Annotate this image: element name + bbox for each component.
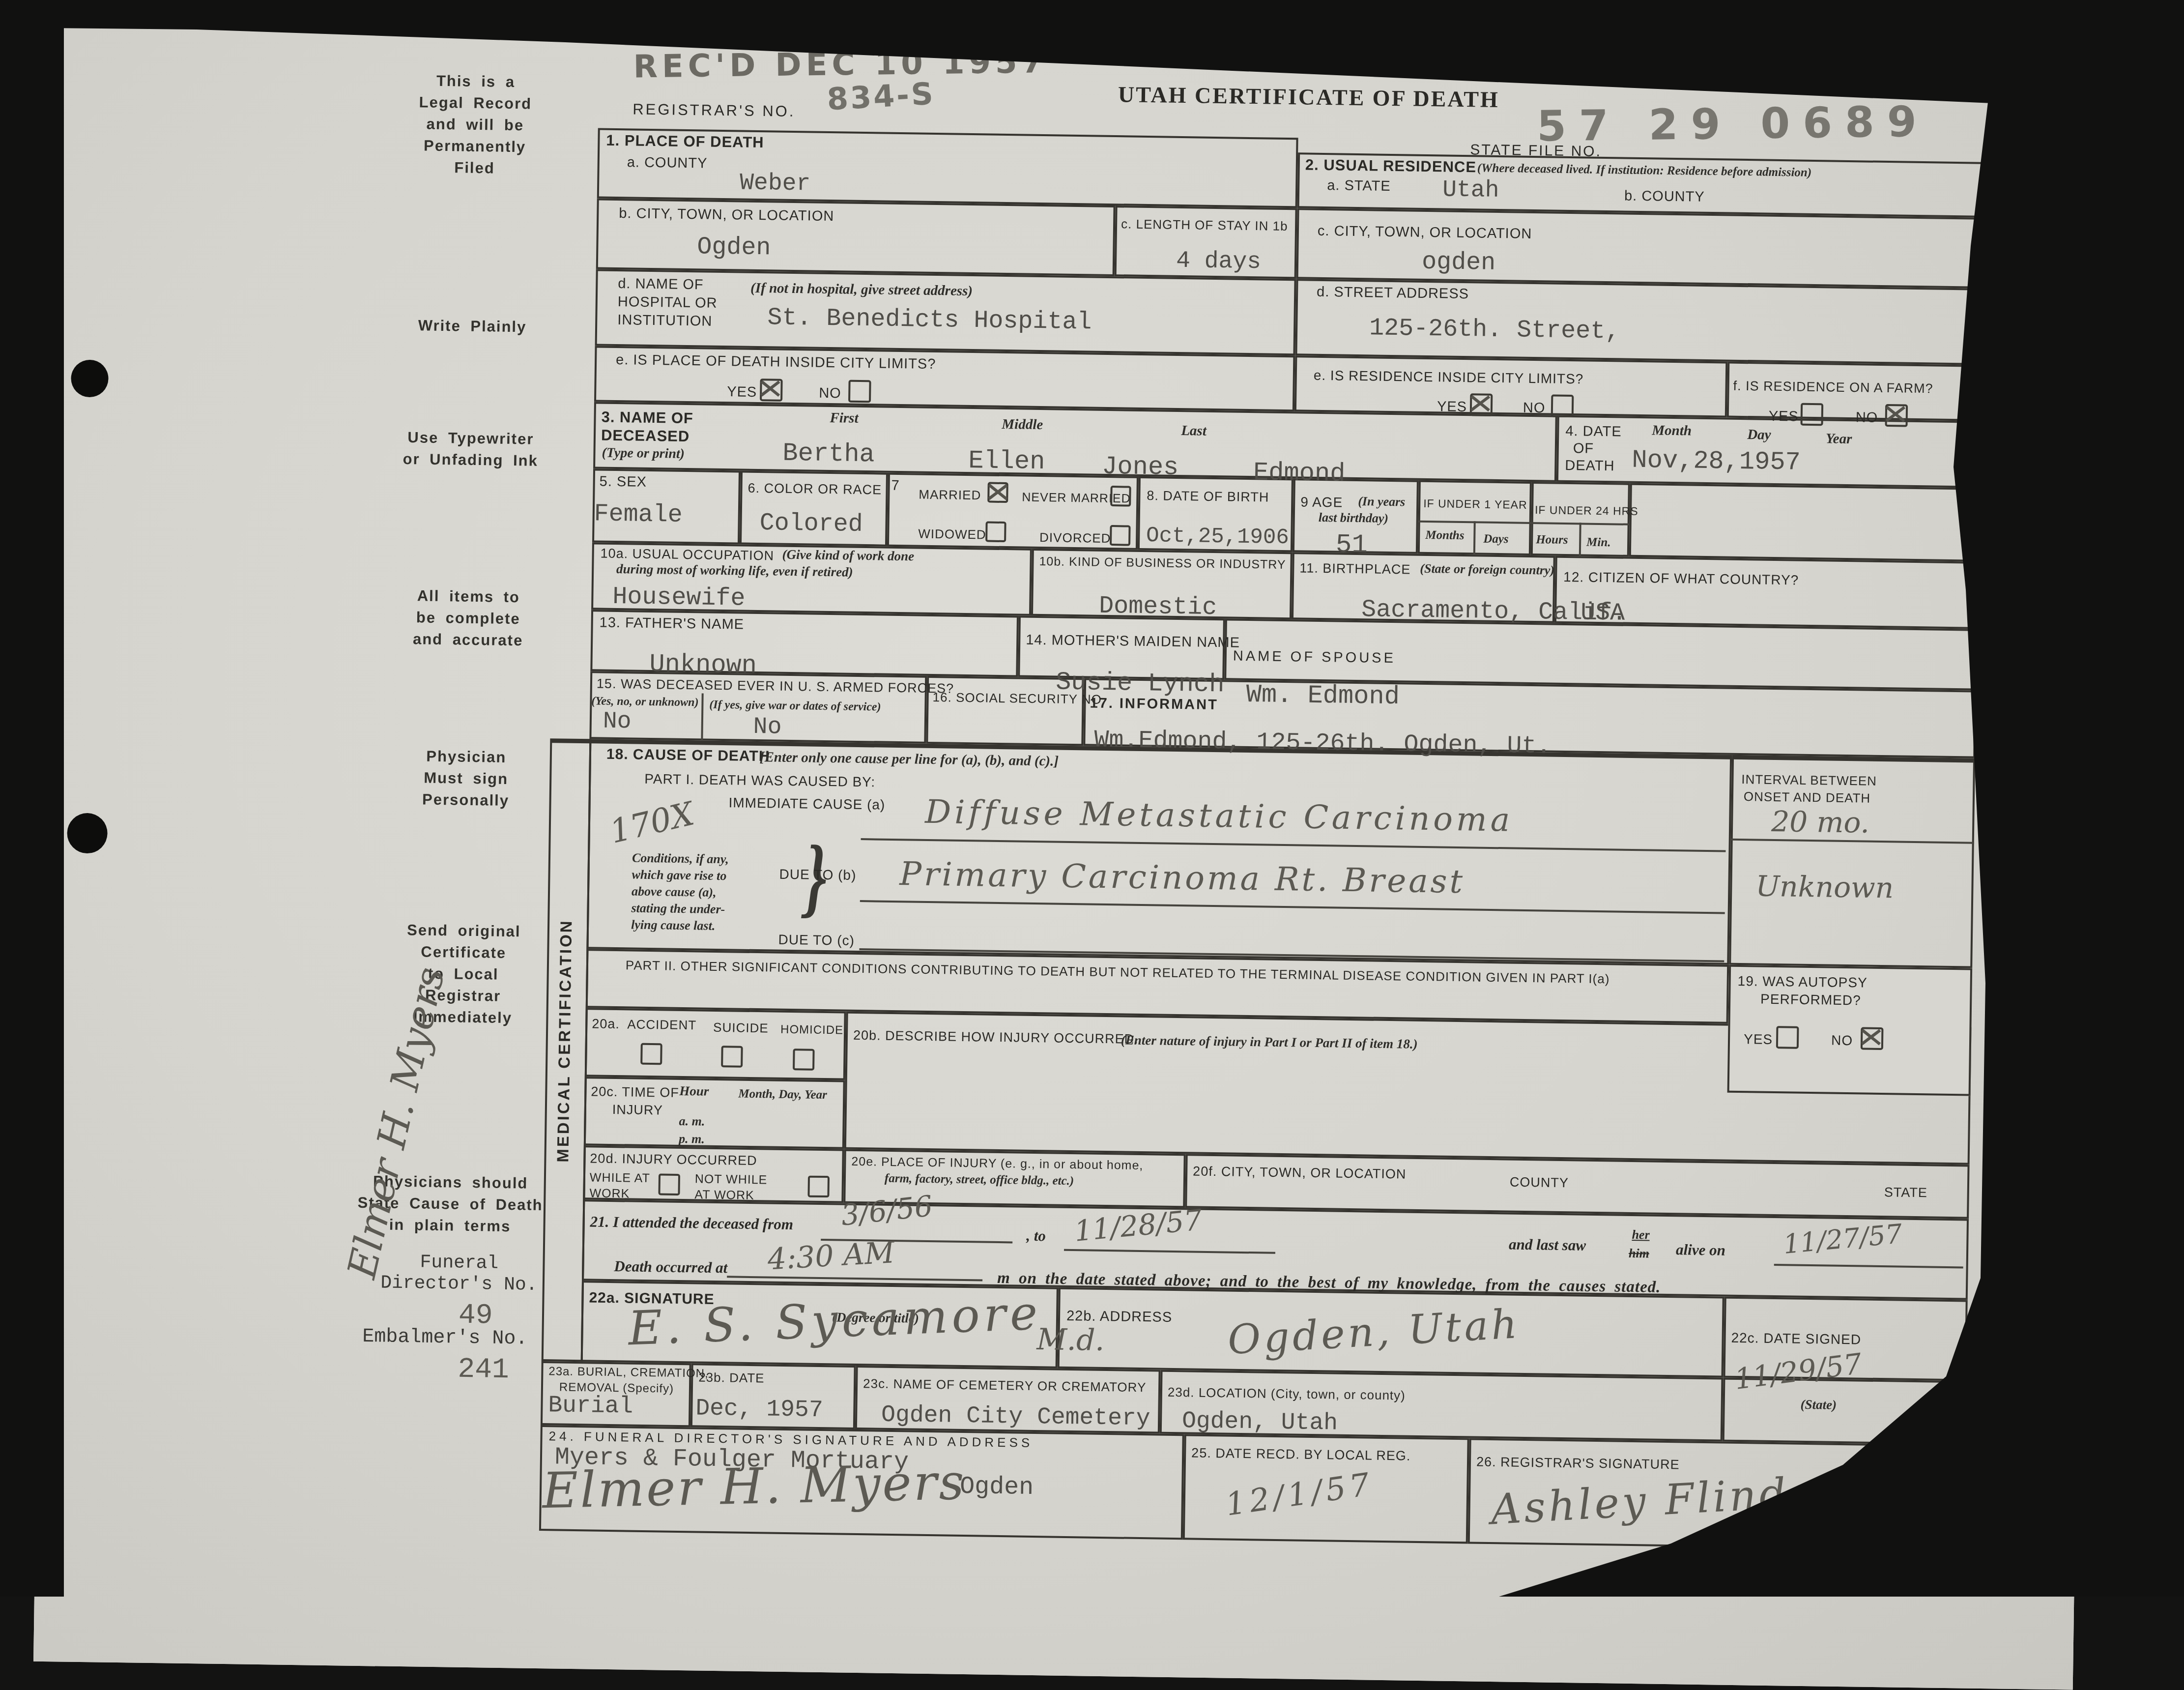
s5-value: Female — [594, 500, 683, 529]
margin-line: to Local — [367, 962, 559, 986]
s9-hours-label: Hours — [1536, 533, 1568, 547]
s1-d-note: (If not in hospital, give street address… — [750, 280, 973, 299]
margin-write-plainly: Write Plainly — [376, 314, 569, 338]
s3-title-2: DECEASED — [601, 427, 690, 446]
registrar-no-value: 834-S — [826, 75, 936, 117]
s24-funeral-director-signature: Elmer H. Myers — [542, 1453, 967, 1519]
s20-d-while-checkbox — [658, 1173, 680, 1195]
s20-d-while-1: WHILE AT — [590, 1170, 650, 1186]
s7-never-married-checkbox — [1110, 486, 1131, 507]
s1-c-label: c. LENGTH OF STAY IN 1b — [1121, 216, 1288, 234]
cell-2e — [1294, 355, 1728, 417]
s2-f-yes-checkbox — [1801, 403, 1824, 426]
s2-title: 2. USUAL RESIDENCE — [1305, 156, 1477, 176]
s20-suicide-label: SUICIDE — [713, 1020, 769, 1036]
margin-legal-record-note: This is a Legal Record and will be Perma… — [378, 69, 572, 180]
s20-county-label: COUNTY — [1510, 1175, 1569, 1191]
s15-note-1: (Yes, no, or unknown) — [591, 695, 698, 709]
margin-complete-note: All items to be complete and accurate — [372, 584, 565, 652]
s18-interval-a-value: 20 mo. — [1771, 805, 1870, 840]
s20-accident-checkbox — [640, 1043, 662, 1065]
hole-punch-top — [71, 359, 109, 397]
s2-f-no-label: NO — [1856, 409, 1878, 426]
s1-d-label-2: HOSPITAL OR — [618, 294, 718, 312]
spouse-value: Wm. Edmond — [1246, 680, 1400, 711]
certificate-title: UTAH CERTIFICATE OF DEATH — [1048, 80, 1569, 114]
s17-label: 17. INFORMANT — [1090, 695, 1218, 713]
s20-c-label-1: 20c. TIME OF — [591, 1084, 679, 1101]
margin-line: be complete — [373, 606, 565, 630]
s8-label: 8. DATE OF BIRTH — [1147, 488, 1269, 505]
margin-line: or Unfading Ink — [360, 448, 581, 472]
s18-due-c-label: DUE TO (c) — [778, 932, 855, 949]
margin-line: and will be — [379, 113, 572, 137]
margin-line: All items to — [373, 584, 565, 609]
margin-line: Registrar — [367, 984, 559, 1008]
s7-widowed-checkbox — [985, 521, 1006, 542]
s18-interval-b-value: Unknown — [1755, 869, 1894, 904]
s9-months-label: Months — [1425, 528, 1465, 543]
s6-label: 6. COLOR OR RACE — [747, 481, 882, 498]
s19-label-1: 19. WAS AUTOPSY — [1738, 973, 1868, 991]
medical-certification-label: MEDICAL CERTIFICATION — [553, 919, 575, 1163]
s2-e-yes-checkbox — [1470, 393, 1493, 416]
s23-b-value: Dec, 1957 — [695, 1395, 823, 1424]
s8-value: Oct,25,1906 — [1146, 524, 1289, 550]
s4-year-label: Year — [1826, 431, 1852, 447]
s20-c-am-label: a. m. — [679, 1114, 705, 1129]
s3-given3-value: Jones — [1102, 452, 1179, 482]
s11-note: (State or foreign country) — [1420, 561, 1554, 578]
s18-part1-label: PART I. DEATH WAS CAUSED BY: — [644, 771, 875, 790]
s2-d-value: 125-26th. Street, — [1369, 314, 1620, 346]
s2-e-yes-label: YES — [1437, 399, 1467, 415]
s10-b-value: Domestic — [1099, 592, 1217, 622]
s3-title-1: 3. NAME OF — [601, 408, 693, 428]
s21-last-saw-text: and last saw — [1509, 1236, 1586, 1254]
scanned-death-certificate: REC'D DEC 10 1957 REGISTRAR'S NO. 834-S … — [0, 0, 2184, 1597]
s4-value: Nov,28,1957 — [1632, 446, 1801, 477]
s20-c-pm-label: p. m. — [679, 1132, 705, 1147]
s15-note-2: (If yes, give war or dates of service) — [709, 699, 881, 714]
s3-middle-label: Middle — [1002, 416, 1043, 433]
s7-married-label: MARRIED — [919, 487, 981, 503]
s3-given2-value: Ellen — [968, 446, 1045, 476]
s23-d-value: Ogden, Utah — [1182, 1408, 1338, 1436]
margin-line: Director's No. — [353, 1272, 565, 1296]
s3-last-value: Edmond — [1253, 458, 1346, 489]
s4-label-1: 4. DATE — [1565, 423, 1622, 440]
cell-name — [593, 402, 1557, 482]
s21-him-text: him — [1629, 1246, 1649, 1261]
s1-a-label: a. COUNTY — [627, 154, 708, 172]
s19-no-checkbox — [1861, 1027, 1884, 1050]
s3-first-label: First — [830, 410, 858, 427]
s18-cond-line: stating the under- — [631, 900, 828, 920]
s10-a-note-1: (Give kind of work done — [782, 547, 914, 564]
s9-label-3: last birthday) — [1319, 510, 1389, 526]
s25-label: 25. DATE RECD. BY LOCAL REG. — [1191, 1446, 1411, 1464]
s18-label: 18. CAUSE OF DEATH — [606, 746, 770, 765]
s2-c-value: ogden — [1422, 248, 1496, 277]
s18-cond-line: Conditions, if any, — [632, 850, 829, 870]
s20-accident-label: ACCIDENT — [627, 1017, 696, 1033]
margin-line: and accurate — [372, 628, 564, 652]
s6-value: Colored — [759, 509, 863, 539]
s1-title: 1. PLACE OF DEATH — [606, 132, 764, 151]
s1-a-value: Weber — [740, 170, 811, 197]
margin-line: Physician — [371, 745, 563, 769]
s23-a-label-1: 23a. BURIAL, CREMATION, — [548, 1365, 709, 1381]
s2-d-label: d. STREET ADDRESS — [1317, 284, 1469, 302]
s19-label-2: PERFORMED? — [1760, 991, 1861, 1009]
s20-e-label-2: farm, factory, street, office bldg., etc… — [885, 1172, 1074, 1188]
s3-note: (Type or print) — [602, 445, 685, 462]
s10-a-label: 10a. USUAL OCCUPATION — [600, 546, 774, 564]
s20-c-mdy-label: Month, Day, Year — [738, 1087, 827, 1103]
margin-line: Personally — [370, 788, 562, 812]
s23-b-label: 23b. DATE — [698, 1370, 765, 1386]
s18-conditions-note: Conditions, if any, which gave rise to a… — [631, 850, 829, 936]
s20-homicide-checkbox — [793, 1049, 815, 1071]
s18-due-b-label: DUE TO (b) — [779, 867, 856, 883]
s1-d-label-3: INSTITUTION — [617, 312, 712, 330]
s19-yes-checkbox — [1776, 1026, 1799, 1049]
s20-d-label: 20d. INJURY OCCURRED — [590, 1151, 757, 1168]
s2-a-value: Utah — [1442, 176, 1499, 204]
s1-e-yes-checkbox — [760, 379, 783, 402]
s4-day-label: Day — [1747, 427, 1771, 443]
margin-send-note: Send original Certificate to Local Regis… — [367, 919, 560, 1030]
margin-line: Must sign — [370, 766, 562, 790]
margin-line: Filed — [378, 156, 571, 180]
s1-e-no-label: NO — [819, 385, 841, 402]
s2-b-label: b. COUNTY — [1624, 188, 1705, 205]
s2-a-label: a. STATE — [1327, 177, 1391, 195]
state-file-number: 57 29 0689 — [1537, 97, 1930, 151]
s13-value: Unknown — [649, 650, 757, 680]
s15-value-1: No — [603, 708, 632, 735]
s20-d-not-1: NOT WHILE — [695, 1172, 768, 1187]
s12-value: USA — [1581, 599, 1625, 627]
margin-line: Send original — [368, 919, 560, 943]
s20-d-not-2: AT WORK — [694, 1188, 754, 1203]
cell-2c — [1296, 208, 1983, 288]
s20-d-not-checkbox — [807, 1176, 830, 1198]
certificate-paper: REC'D DEC 10 1957 REGISTRAR'S NO. 834-S … — [33, 10, 2096, 1597]
s20-f-label: 20f. CITY, TOWN, OR LOCATION — [1193, 1164, 1406, 1182]
margin-line: Certificate — [368, 940, 560, 964]
s21-attended-text: 21. I attended the deceased from — [590, 1213, 793, 1233]
s9-under24-label: IF UNDER 24 HRS — [1535, 503, 1638, 518]
s7-married-checkbox — [987, 482, 1008, 503]
s1-e-no-checkbox — [848, 380, 871, 403]
s1-b-label: b. CITY, TOWN, OR LOCATION — [619, 205, 834, 225]
cell-age-rest — [1629, 483, 1979, 562]
s20-homicide-label: HOMICIDE — [780, 1023, 843, 1038]
s4-month-label: Month — [1652, 422, 1692, 439]
embalmers-no-label: Embalmer's No. — [362, 1326, 528, 1350]
s20-a-number: 20a. — [592, 1016, 620, 1032]
s7-widowed-label: WIDOWED — [918, 526, 986, 543]
margin-physician-note: Physician Must sign Personally — [370, 745, 562, 812]
s7-number: 7 — [891, 478, 900, 494]
s2-e-no-label: NO — [1523, 400, 1546, 417]
s9-under1-label: IF UNDER 1 YEAR — [1423, 497, 1527, 512]
s22-md-title: M.d. — [1036, 1322, 1105, 1358]
margin-line: Permanently — [379, 134, 571, 158]
s23-a-value: Burial — [548, 1392, 633, 1420]
s21-time-of-death: 4:30 AM — [767, 1235, 895, 1277]
s20-suicide-checkbox — [721, 1046, 743, 1068]
s14-label: 14. MOTHER'S MAIDEN NAME — [1026, 632, 1240, 651]
hole-punch-bottom — [67, 813, 108, 853]
s20-c-label-2: INJURY — [612, 1102, 663, 1118]
s21-alive-on-text: alive on — [1676, 1241, 1725, 1259]
s3-last-label: Last — [1181, 423, 1207, 439]
s9-label-1: 9 AGE — [1300, 494, 1343, 510]
s18-interval-label-1: INTERVAL BETWEEN — [1741, 772, 1877, 789]
s4-label-3: DEATH — [1565, 458, 1615, 474]
s9-label-2: (In years — [1358, 494, 1405, 509]
s20-c-hour-label: Hour — [679, 1083, 709, 1099]
s19-yes-label: YES — [1744, 1031, 1773, 1048]
s21-death-occurred-text: Death occurred at — [614, 1257, 727, 1277]
s7-divorced-label: DIVORCED — [1039, 530, 1111, 546]
s22-c-label: 22c. DATE SIGNED — [1731, 1330, 1861, 1348]
s18-cause-b-value: Primary Carcinoma Rt. Breast — [899, 855, 1465, 901]
s19-no-label: NO — [1831, 1033, 1853, 1049]
s1-d-value: St. Benedicts Hospital — [767, 304, 1092, 336]
s20-state-label: STATE — [1884, 1185, 1927, 1200]
s5-label: 5. SEX — [599, 474, 647, 491]
s9-min-label: Min. — [1586, 536, 1611, 550]
s18-interval-label-2: ONSET AND DEATH — [1744, 789, 1871, 806]
s24-city-value: Ogden — [960, 1473, 1034, 1502]
margin-line: Use Typewriter — [360, 426, 582, 451]
embalmers-no-value: 241 — [458, 1354, 509, 1386]
margin-line: Legal Record — [379, 91, 572, 115]
s20-d-while-2: WORK — [589, 1186, 630, 1201]
s23-c-value: Ogden City Cemetery — [881, 1402, 1150, 1432]
registrar-no-label: REGISTRAR'S NO. — [632, 100, 796, 120]
margin-typewriter-note: Use Typewriter or Unfading Ink — [360, 426, 581, 472]
s13-label: 13. FATHER'S NAME — [599, 615, 744, 633]
s21-her-text: her — [1632, 1227, 1650, 1243]
s1-c-value: 4 days — [1176, 248, 1262, 275]
s1-b-value: Ogden — [697, 233, 771, 262]
s12-label: 12. CITIZEN OF WHAT COUNTRY? — [1563, 569, 1799, 588]
spouse-label: NAME OF SPOUSE — [1233, 648, 1396, 667]
s1-d-label-1: d. NAME OF — [618, 276, 704, 293]
s2-f-no-checkbox — [1885, 404, 1908, 427]
s3-first-value: Bertha — [782, 439, 875, 469]
s18-immediate-label: IMMEDIATE CAUSE (a) — [728, 795, 885, 813]
s1-e-yes-label: YES — [727, 384, 757, 401]
s26-label: 26. REGISTRAR'S SIGNATURE — [1476, 1455, 1680, 1473]
s11-label: 11. BIRTHPLACE — [1299, 560, 1411, 577]
s9-value: 51 — [1336, 530, 1368, 560]
margin-line: This is a — [380, 69, 572, 93]
s15-value-2: No — [753, 714, 781, 741]
s2-f-label: f. IS RESIDENCE ON A FARM? — [1733, 379, 1933, 397]
s10-a-value: Housewife — [612, 583, 746, 613]
s18-cond-line: above cause (a), — [632, 883, 828, 903]
s9-days-label: Days — [1483, 532, 1509, 547]
s2-e-no-checkbox — [1551, 395, 1574, 418]
s22-b-label: 22b. ADDRESS — [1066, 1308, 1173, 1326]
s2-c-label: c. CITY, TOWN, OR LOCATION — [1318, 223, 1532, 242]
s21-to-text: , to — [1026, 1227, 1046, 1245]
s2-f-yes-label: YES — [1769, 408, 1799, 425]
s7-divorced-checkbox — [1110, 525, 1131, 546]
s4-label-2: OF — [1573, 440, 1594, 457]
s22-state-note: (State) — [1801, 1397, 1837, 1413]
s16-label: 16. SOCIAL SECURITY NO. — [932, 690, 1106, 707]
